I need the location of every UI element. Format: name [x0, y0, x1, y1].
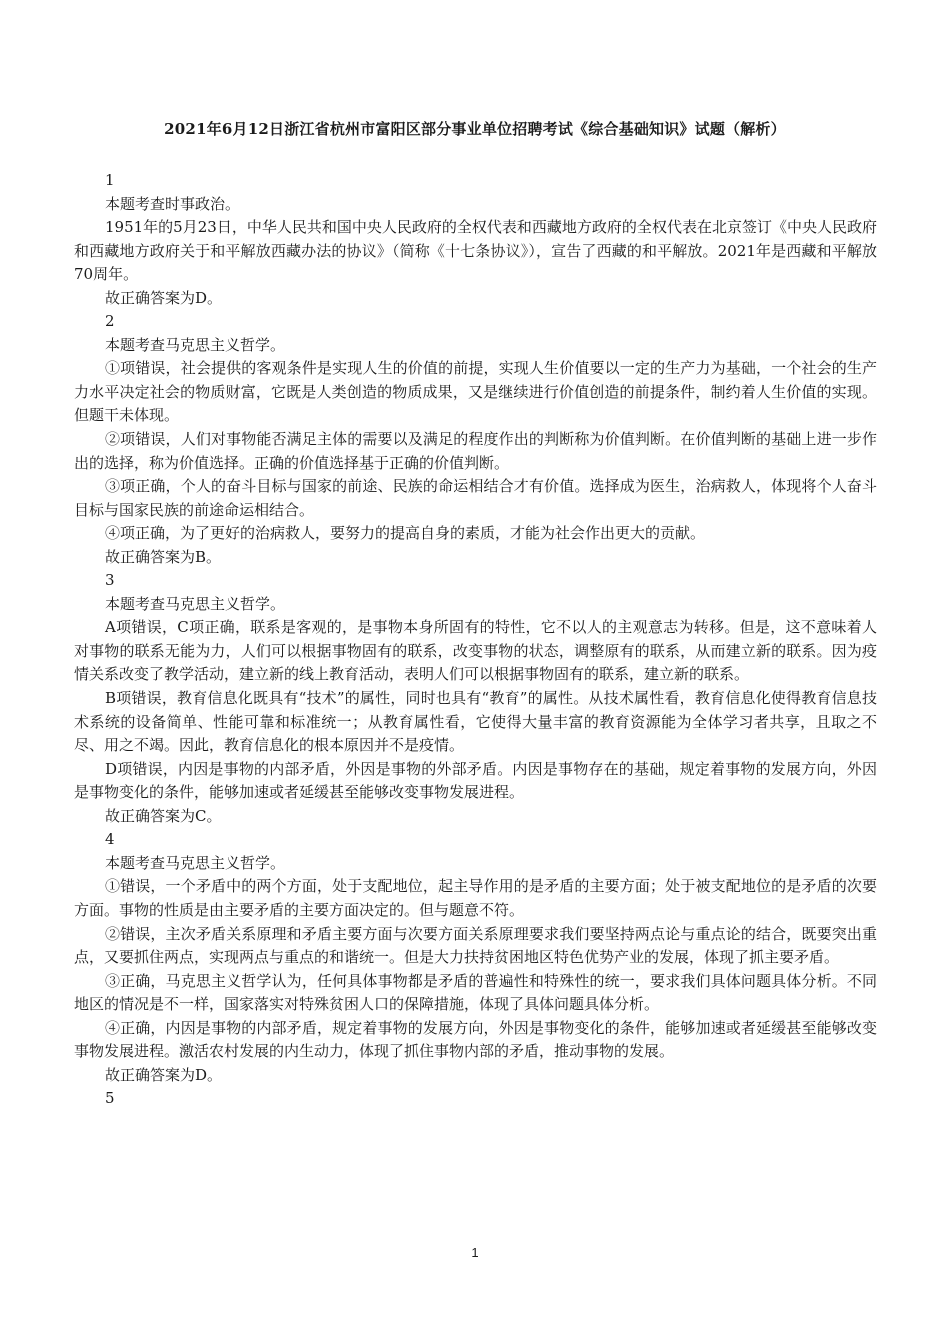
paragraph: ③项正确，个人的奋斗目标与国家的前途、民族的命运相结合才有价值。选择成为医生，治… [74, 475, 877, 522]
paragraph: ①错误，一个矛盾中的两个方面，处于支配地位，起主导作用的是矛盾的主要方面；处于被… [74, 875, 877, 922]
paragraph: D项错误，内因是事物的内部矛盾，外因是事物的外部矛盾。内因是事物存在的基础，规定… [74, 758, 877, 805]
paragraph: A项错误，C项正确，联系是客观的，是事物本身所固有的特性，它不以人的主观意志为转… [74, 616, 877, 687]
question-number: 5 [74, 1087, 877, 1111]
answer-line: 故正确答案为D。 [74, 1064, 877, 1088]
paragraph: 1951年的5月23日，中华人民共和国中央人民政府的全权代表和西藏地方政府的全权… [74, 216, 877, 287]
question-number: 1 [74, 169, 877, 193]
question-number: 2 [74, 310, 877, 334]
document-body: 1 本题考查时事政治。 1951年的5月23日，中华人民共和国中央人民政府的全权… [74, 169, 877, 1111]
paragraph: B项错误，教育信息化既具有“技术”的属性，同时也具有“教育”的属性。从技术属性看… [74, 687, 877, 758]
document-page: 2021年6月12日浙江省杭州市富阳区部分事业单位招聘考试《综合基础知识》试题（… [0, 0, 950, 1344]
paragraph: 本题考查时事政治。 [74, 193, 877, 217]
paragraph: ②项错误，人们对事物能否满足主体的需要以及满足的程度作出的判断称为价值判断。在价… [74, 428, 877, 475]
paragraph: ②错误，主次矛盾关系原理和矛盾主要方面与次要方面关系原理要求我们要坚持两点论与重… [74, 923, 877, 970]
document-title: 2021年6月12日浙江省杭州市富阳区部分事业单位招聘考试《综合基础知识》试题（… [0, 118, 950, 139]
paragraph: ④项正确，为了更好的治病救人，要努力的提高自身的素质，才能为社会作出更大的贡献。 [74, 522, 877, 546]
answer-line: 故正确答案为C。 [74, 805, 877, 829]
paragraph: 本题考查马克思主义哲学。 [74, 334, 877, 358]
paragraph: 本题考查马克思主义哲学。 [74, 852, 877, 876]
page-number: 1 [0, 1245, 950, 1260]
paragraph: ③正确，马克思主义哲学认为，任何具体事物都是矛盾的普遍性和特殊性的统一，要求我们… [74, 970, 877, 1017]
paragraph: 本题考查马克思主义哲学。 [74, 593, 877, 617]
answer-line: 故正确答案为D。 [74, 287, 877, 311]
paragraph: ④正确，内因是事物的内部矛盾，规定着事物的发展方向，外因是事物变化的条件，能够加… [74, 1017, 877, 1064]
paragraph: ①项错误，社会提供的客观条件是实现人生的价值的前提，实现人生价值要以一定的生产力… [74, 357, 877, 428]
answer-line: 故正确答案为B。 [74, 546, 877, 570]
question-number: 3 [74, 569, 877, 593]
question-number: 4 [74, 828, 877, 852]
